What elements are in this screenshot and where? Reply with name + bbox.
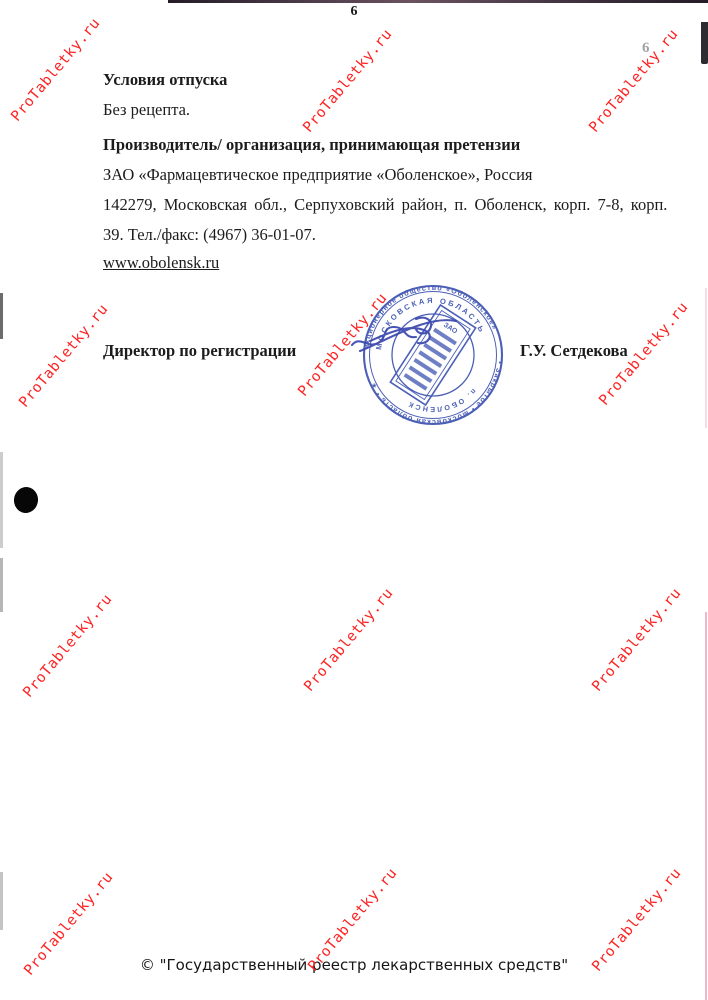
scan-artifact-left-edge-1 xyxy=(0,293,3,339)
stamp-outer-text-bottom: • Закрытое • Московская область • xyxy=(373,361,505,427)
page-number: 6 xyxy=(0,4,708,20)
stamp-center-label: ЗАО xyxy=(442,322,459,336)
scan-artifact-right-line-upper xyxy=(705,288,707,428)
signature-name-label: Г.У. Сетдекова xyxy=(520,341,628,361)
watermark: ProTabletky.ru xyxy=(589,872,685,968)
scan-artifact-top-right-bar xyxy=(701,22,708,64)
scanned-document-page: 6 6 Условия отпуска Без рецепта. Произво… xyxy=(0,0,708,1000)
dispensing-heading: Условия отпуска xyxy=(103,70,227,90)
stamp-star: * xyxy=(372,382,377,394)
scan-artifact-left-edge-3 xyxy=(0,558,3,612)
manufacturer-line-3: 39. Тел./факс: (4967) 36-01-07. xyxy=(103,225,316,245)
ghost-page-number: 6 xyxy=(642,40,650,57)
company-stamp: акционерное общество «Оболенское» • Закр… xyxy=(356,281,510,431)
stamp-center-box: ЗАО xyxy=(390,305,475,405)
manufacturer-line-2: 142279, Московская обл., Серпуховский ра… xyxy=(103,195,667,215)
watermark: ProTabletky.ru xyxy=(300,33,396,129)
signature-role-label: Директор по регистрации xyxy=(103,341,296,361)
company-stamp-icon: акционерное общество «Оболенское» • Закр… xyxy=(356,281,510,431)
copyright-footer: © "Государственный реестр лекарственных … xyxy=(0,956,708,974)
manufacturer-heading: Производитель/ организация, принимающая … xyxy=(103,135,520,155)
watermark: ProTabletky.ru xyxy=(589,592,685,688)
watermark: ProTabletky.ru xyxy=(301,592,397,688)
scan-artifact-top-edge xyxy=(168,0,708,3)
hole-punch-mark xyxy=(12,485,39,514)
manufacturer-website-link: www.obolensk.ru xyxy=(103,253,219,273)
scan-artifact-left-edge-2 xyxy=(0,452,3,548)
scan-artifact-left-edge-4 xyxy=(0,872,3,930)
watermark: ProTabletky.ru xyxy=(586,33,682,129)
watermark: ProTabletky.ru xyxy=(20,598,116,694)
watermark: ProTabletky.ru xyxy=(8,22,104,118)
dispensing-body: Без рецепта. xyxy=(103,100,190,120)
watermark: ProTabletky.ru xyxy=(305,872,401,968)
watermark: ProTabletky.ru xyxy=(16,308,112,404)
scan-artifact-right-line xyxy=(705,612,707,1000)
manufacturer-line-1: ЗАО «Фармацевтическое предприятие «Оболе… xyxy=(103,165,533,185)
svg-text:• Закрытое • Московская област: • Закрытое • Московская область • xyxy=(373,361,505,427)
